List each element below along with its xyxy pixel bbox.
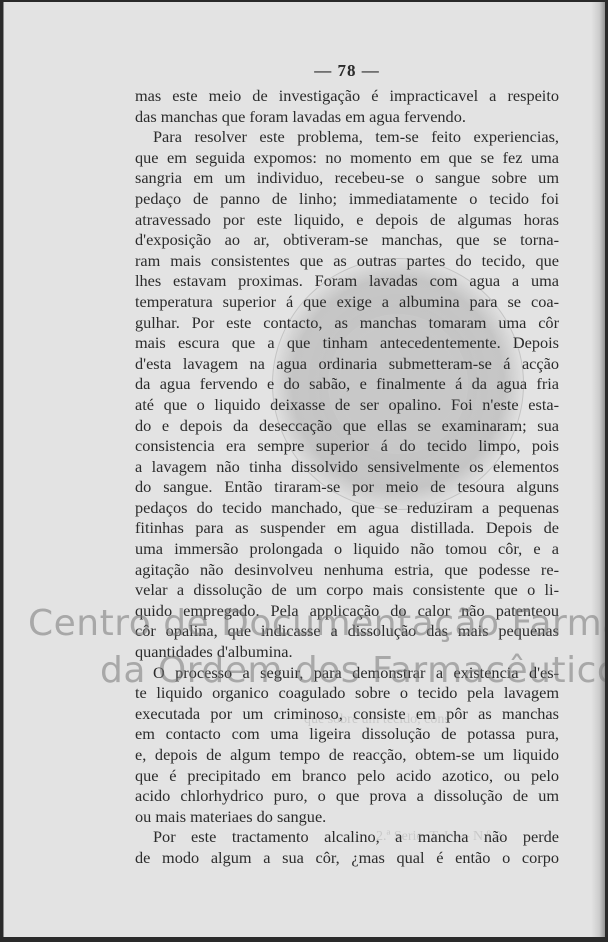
page-text: — 78 — mas este meio de investigação é i… (135, 60, 559, 869)
text-line: mas este meio de investigação é impracti… (135, 86, 559, 107)
text-line: acido chlorhydrico puro, o que prova a d… (135, 786, 559, 807)
scanned-page-background: que sobre um tecido, cons 2.ª Serie, T. … (0, 0, 608, 942)
text-line: Por este tractamento alcalino, a mancha … (135, 827, 559, 848)
page-number: — 78 — (135, 60, 559, 82)
text-line: pedaço de panno de linho; immediatamente… (135, 189, 559, 210)
text-line: até que o liquido deixasse de ser opalin… (135, 395, 559, 416)
text-line: do e depois da deseccação que ellas se e… (135, 416, 559, 437)
text-line: temperatura superior á que exige a album… (135, 292, 559, 313)
paragraph-1: mas este meio de investigação é impracti… (135, 86, 559, 127)
text-line: d'exposição ao ar, obtiveram-se manchas,… (135, 230, 559, 251)
book-page: que sobre um tecido, cons 2.ª Serie, T. … (3, 2, 605, 937)
text-line: do sangue. Então tiraram-se por meio de … (135, 477, 559, 498)
text-line: mais escura que a que tinham antecedente… (135, 333, 559, 354)
text-line: ram mais consistentes que as outras part… (135, 251, 559, 272)
text-line: a lavagem não tinha dissolvido sensivelm… (135, 457, 559, 478)
paragraph-4: Por este tractamento alcalino, a mancha … (135, 827, 559, 868)
text-line: que é precipitado em branco pelo acido a… (135, 766, 559, 787)
text-line: pedaços do tecido manchado, que se reduz… (135, 498, 559, 519)
text-line: executada por um criminoso, consiste em … (135, 704, 559, 725)
text-line: sangria em um individuo, recebeu-se o sa… (135, 168, 559, 189)
text-line: da agua fervendo e do sabão, e finalment… (135, 374, 559, 395)
paragraph-2: Para resolver este problema, tem-se feit… (135, 127, 559, 662)
text-line: uma immersão prolongada o liquido não to… (135, 539, 559, 560)
watermark-text-line-1: Centro de Documentação Farmacêutica (28, 603, 605, 644)
text-line: das manchas que foram lavadas em agua fe… (135, 107, 559, 128)
text-line: e, depois de algum tempo de reacção, obt… (135, 745, 559, 766)
text-line: em contacto com uma ligeira dissolução d… (135, 724, 559, 745)
text-line: d'esta lavagem na agua ordinaria submett… (135, 354, 559, 375)
text-line: de modo algum a sua côr, ¿mas qual é ent… (135, 848, 559, 869)
text-line: velar a dissolução de um corpo mais cons… (135, 580, 559, 601)
text-line: Para resolver este problema, tem-se feit… (135, 127, 559, 148)
text-line: lhes estavam proximas. Foram lavadas com… (135, 271, 559, 292)
text-line: fitinhas para as suspender em agua disti… (135, 518, 559, 539)
text-line: consistencia era sempre superior á do te… (135, 436, 559, 457)
page-gutter-shadow (591, 2, 605, 937)
watermark-text-line-2: da Ordem dos Farmacêuticos (100, 650, 605, 691)
text-line: atravessado por este liquido, e depois d… (135, 210, 559, 231)
text-line: ou mais materiaes do sangue. (135, 807, 559, 828)
text-line: agitação não desinvolveu nenhuma estria,… (135, 560, 559, 581)
text-line: gulhar. Por este contacto, as manchas to… (135, 313, 559, 334)
text-line: que em seguida expomos: no momento em qu… (135, 148, 559, 169)
